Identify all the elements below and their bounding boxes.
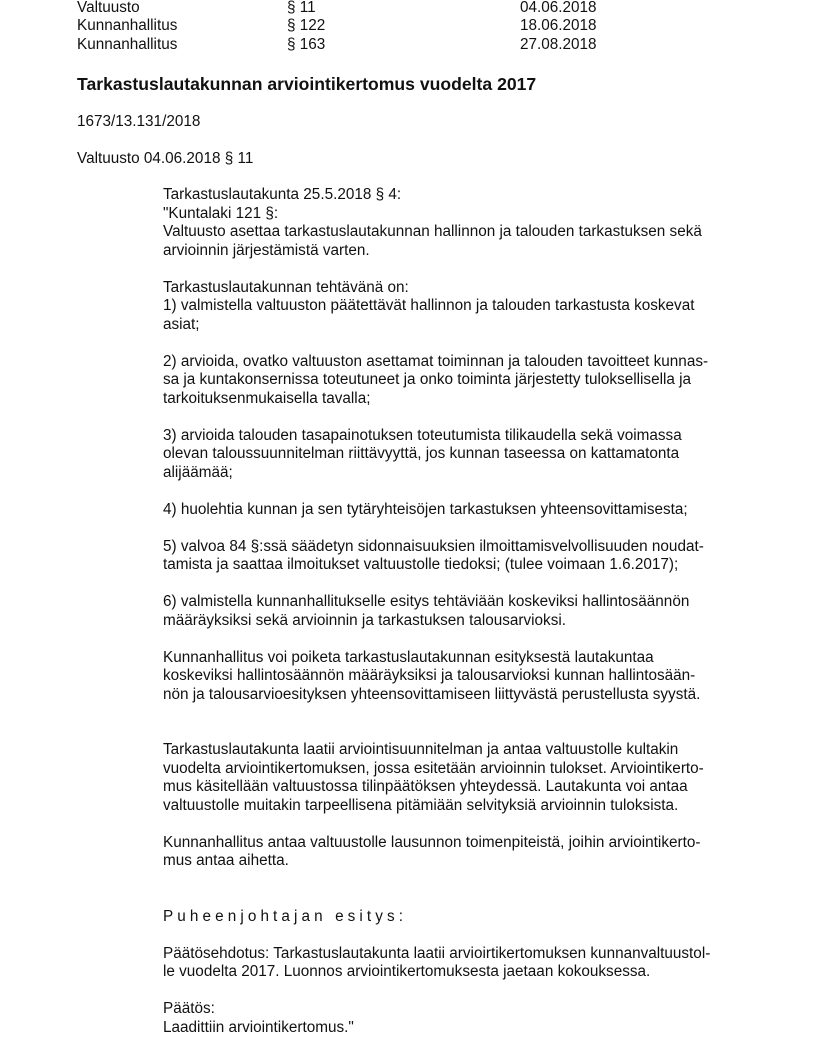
task-item: 2) arvioida, ovatko valtuuston asettamat… [163, 353, 763, 409]
task-item: 5) valvoa 84 §:ssä säädetyn sidonnaisuuk… [163, 538, 763, 575]
history-date: 04.06.2018 [520, 0, 597, 18]
history-body: Kunnanhallitus [77, 17, 177, 36]
history-body: Kunnanhallitus [77, 36, 177, 55]
decision-label: Päätös: [163, 1000, 763, 1019]
tasks-heading: Tarkastuslautakunnan tehtävänä on: [163, 279, 763, 298]
document-title: Tarkastuslautakunnan arviointikertomus v… [77, 73, 536, 95]
meeting-reference: Valtuusto 04.06.2018 § 11 [77, 150, 253, 169]
decision-proposal: Päätösehdotus: Tarkastuslautakunta laati… [163, 945, 763, 982]
history-section: § 11 [287, 0, 316, 18]
chair-proposal-heading: Puheenjohtajan esitys: [163, 908, 763, 927]
document-body: Tarkastuslautakunta 25.5.2018 § 4: "Kunt… [163, 186, 763, 1037]
history-section: § 122 [287, 17, 325, 36]
task-item: 6) valmistella kunnanhallitukselle esity… [163, 593, 763, 630]
statement-paragraph: Kunnanhallitus antaa valtuustolle lausun… [163, 834, 763, 871]
task-item: 4) huolehtia kunnan ja sen tytäryhteisöj… [163, 501, 763, 520]
intro-paragraph: Tarkastuslautakunta 25.5.2018 § 4: "Kunt… [163, 186, 763, 260]
history-body: Valtuusto [77, 0, 140, 18]
evaluation-plan-paragraph: Tarkastuslautakunta laatii arviointisuun… [163, 741, 763, 815]
task-item: 3) arvioida talouden tasapainotuksen tot… [163, 427, 763, 483]
case-number: 1673/13.131/2018 [77, 113, 200, 132]
history-date: 18.06.2018 [520, 17, 597, 36]
history-section: § 163 [287, 36, 325, 55]
deviation-paragraph: Kunnanhallitus voi poiketa tarkastuslaut… [163, 649, 763, 705]
history-date: 27.08.2018 [520, 36, 597, 55]
task-item: 1) valmistella valtuuston päätettävät ha… [163, 297, 763, 334]
decision-text: Laadittiin arviointikertomus." [163, 1019, 763, 1038]
